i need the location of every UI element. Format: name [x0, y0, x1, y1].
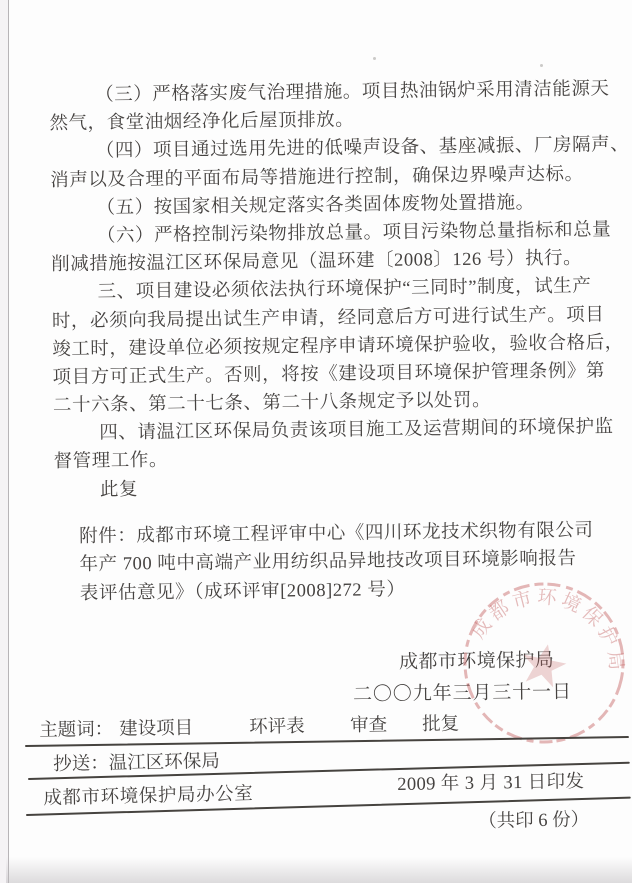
cc-value: 温江区环保局: [109, 752, 220, 774]
scan-edge-artifact: [0, 0, 9, 883]
scan-speck: [540, 64, 543, 67]
signature-organization: 成都市环境保护局: [399, 645, 555, 674]
scan-shadow-artifact: [6, 857, 632, 883]
document-body: （三）严格落实废气治理措施。项目热油锅炉采用清洁能源天 然气，食堂油烟经净化后屋…: [49, 75, 620, 505]
subject-term: 建设项目: [119, 714, 193, 741]
cc-row: 抄送：温江区环保局: [53, 747, 220, 776]
subject-terms-row: 主题词： 建设项目 环评表 审查 批复: [39, 709, 509, 742]
attachment-note: 附件：成都市环境工程评审中心《四川环龙技术织物有限公司 年产 700 吨中高端产…: [79, 517, 594, 608]
cc-label: 抄送：: [53, 754, 109, 775]
subject-term: 批复: [422, 709, 459, 736]
issuing-office: 成都市环境保护局办公室: [43, 779, 254, 810]
subject-term: 环评表: [249, 712, 305, 739]
scanned-document-page: （三）严格落实废气治理措施。项目热油锅炉采用清洁能源天 然气，食堂油烟经净化后屋…: [0, 0, 632, 883]
subject-term: 审查: [350, 711, 387, 738]
subject-label: 主题词：: [39, 715, 113, 742]
attachment-line: 表评估意见》（成环评审[2008]272 号）: [80, 573, 595, 608]
scan-speck: [373, 57, 376, 60]
print-date: 2009 年 3 月 31 日印发: [397, 767, 585, 796]
copies-note: （共印 6 份）: [478, 805, 589, 833]
signature-date: 二〇〇九年三月三十一日: [353, 677, 572, 707]
